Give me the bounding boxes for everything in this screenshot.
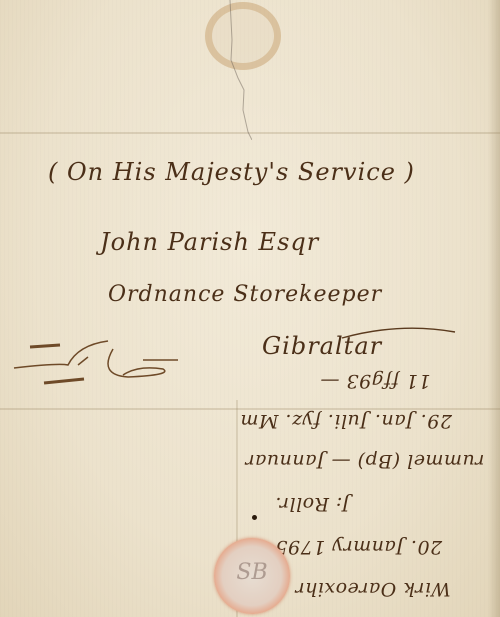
docket-line: Wirk Oareoxihr xyxy=(295,578,451,600)
ink-blot xyxy=(252,515,257,520)
docket-line: 11 ffg93 — xyxy=(320,370,431,392)
paper-crack xyxy=(228,0,252,140)
wax-seal: SB xyxy=(214,538,290,614)
address-line-service: ( On His Majesty's Service ) xyxy=(48,158,415,186)
docket-line: 20. Janmry 1795 xyxy=(275,536,442,558)
letter-sheet: ( On His Majesty's Service ) John Parish… xyxy=(0,0,500,617)
docket-line: rummel (Bp) — Jannuar xyxy=(245,450,484,472)
seal-monogram: SB xyxy=(214,560,290,585)
flourish-stroke xyxy=(340,322,460,342)
address-line-title: Ordnance Storekeeper xyxy=(108,282,382,307)
docket-line: 29. Jan. Juli. fyz. Mm xyxy=(240,410,452,432)
signature-mark xyxy=(8,335,178,392)
signature-flourish-icon xyxy=(8,335,178,385)
address-line-name: John Parish Esqr xyxy=(100,228,319,256)
docket-line: J: Rollr. xyxy=(275,493,350,515)
